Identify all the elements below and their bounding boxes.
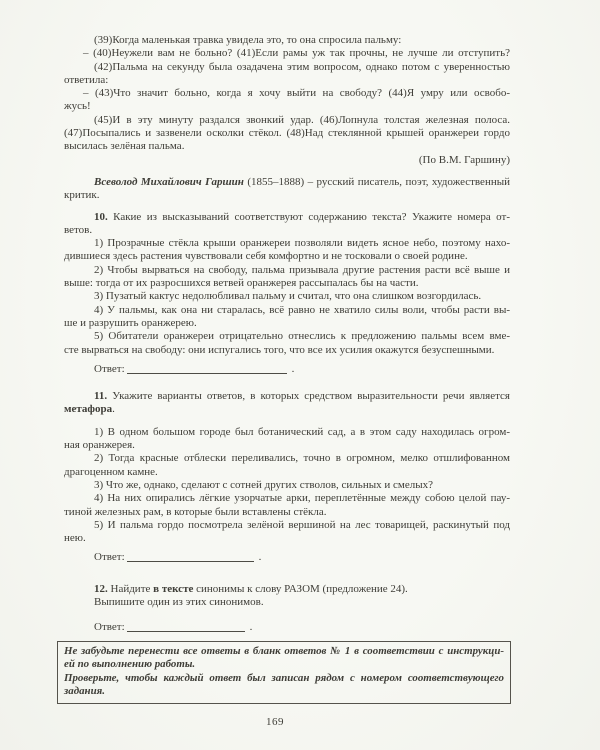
q11-answer-period: . [259, 551, 262, 563]
q12-bold-part: в тексте [153, 583, 193, 595]
question-10-prompt: 10. Какие из высказываний соответствуют … [64, 211, 510, 224]
q11-answer-blank [127, 553, 254, 562]
q10-option-3: 3) Пузатый кактус недолюбливал пальму и … [64, 290, 510, 303]
question-10-prompt: ветов. [64, 224, 510, 237]
author-name: Всеволод Михайлович Гаршин [94, 176, 244, 188]
q11-bold-term: метафора [64, 403, 112, 415]
q11-option-5: нею. [64, 532, 510, 545]
q10-option-4: 4) У пальмы, как она ни старалась, всё р… [64, 304, 510, 317]
question-11-prompt: метафора. [64, 403, 510, 416]
page-number: 169 [40, 716, 510, 729]
question-12-prompt: 12. Найдите в тексте синонимы к слову РА… [64, 583, 510, 596]
q10-answer-row: Ответ:. [64, 363, 510, 376]
q10-option-1: дившиеся здесь растения чувствовали себя… [64, 250, 510, 263]
question-12: 12. Найдите в тексте синонимы к слову РА… [64, 583, 510, 635]
passage-text: (39)Когда маленькая травка увидела это, … [64, 34, 510, 167]
author-bio-text: (1855–1888) – русский писатель, поэт, ху… [244, 176, 510, 188]
passage-line: (39)Когда маленькая травка увидела это, … [64, 34, 510, 47]
author-bio: Всеволод Михайлович Гаршин (1855–1888) –… [64, 176, 510, 203]
q11-option-2: 2) Тогда красные отблески переливались, … [64, 452, 510, 465]
q10-option-5: сте вырваться на свободу: они испугались… [64, 344, 510, 357]
q11-term-period: . [112, 403, 115, 415]
q11-answer-row: Ответ:. [64, 551, 510, 564]
q10-answer-label: Ответ: [94, 363, 125, 375]
passage-line: высилась зелёная пальма. [64, 140, 510, 153]
q11-option-4: 4) На них опирались лёгкие узорчатые арк… [64, 492, 510, 505]
q11-option-1: 1) В одном большом городе был ботаническ… [64, 426, 510, 439]
author-bio-line: Всеволод Михайлович Гаршин (1855–1888) –… [64, 176, 510, 189]
q11-option-3: 3) Что же, однако, сделают с сотней друг… [64, 479, 510, 492]
passage-line: (42)Пальма на секунду была озадачена эти… [64, 61, 510, 74]
notice-line: ей по выполнению работы. [64, 658, 504, 672]
notice-box: Не забудьте перенести все ответы в бланк… [57, 641, 511, 704]
q11-option-4: тиной железных рам, в которые были встав… [64, 506, 510, 519]
question-10-number: 10. [94, 211, 108, 223]
notice-line: Проверьте, чтобы каждый ответ был записа… [64, 672, 504, 686]
q12-answer-blank [127, 623, 245, 632]
q12-answer-row: Ответ:. [64, 621, 510, 634]
q12-prompt-part1: Найдите [108, 583, 153, 595]
q11-option-5: 5) И пальма гордо посмотрела зелёной вер… [64, 519, 510, 532]
q11-options: 1) В одном большом городе был ботаническ… [64, 426, 510, 546]
question-12-number: 12. [94, 583, 108, 595]
question-11-prompt: 11. Укажите варианты ответов, в которых … [64, 390, 510, 403]
q11-option-1: ная оранжерея. [64, 439, 510, 452]
q12-answer-period: . [250, 621, 253, 633]
q10-option-2: 2) Чтобы вырваться на свободу, пальма пр… [64, 264, 510, 277]
question-10: 10. Какие из высказываний соответствуют … [64, 211, 510, 377]
question-10-prompt-text: Какие из высказываний соответствуют соде… [108, 211, 510, 223]
question-11-number: 11. [94, 390, 107, 402]
passage-attribution: (По В.М. Гаршину) [64, 154, 510, 167]
passage-line: (45)И в эту минуту раздался звонкий удар… [64, 114, 510, 127]
scanned-exam-page: (39)Когда маленькая травка увидела это, … [0, 0, 600, 750]
q10-answer-blank [127, 365, 287, 374]
q11-answer-label: Ответ: [94, 551, 125, 563]
passage-line: – (40)Неужели вам не больно? (41)Если ра… [64, 47, 510, 60]
q10-answer-period: . [292, 363, 295, 375]
q12-prompt-part2: синонимы к слову РАЗОМ (предложение 24). [193, 583, 407, 595]
q11-option-2: драгоценном камне. [64, 466, 510, 479]
q10-option-5: 5) Обитатели оранжереи отрицательно отне… [64, 330, 510, 343]
passage-line: (47)Посыпались и зазвенели осколки стёко… [64, 127, 510, 140]
notice-line: задания. [64, 685, 504, 699]
q10-option-1: 1) Прозрачные стёкла крыши оранжереи поз… [64, 237, 510, 250]
q10-option-4: ше и разрушить оранжерею. [64, 317, 510, 330]
passage-line: жусь! [64, 100, 510, 113]
question-11: 11. Укажите варианты ответов, в которых … [64, 390, 510, 565]
author-bio-line: критик. [64, 189, 510, 202]
passage-line: ответила: [64, 74, 510, 87]
q12-answer-label: Ответ: [94, 621, 125, 633]
question-11-prompt-text: Укажите варианты ответов, в которых сред… [107, 390, 510, 402]
passage-line: – (43)Что значит больно, когда я хочу вы… [64, 87, 510, 100]
q10-option-2: выше: тогда от их разросшихся ветвей ора… [64, 277, 510, 290]
question-12-prompt: Выпишите один из этих синонимов. [64, 596, 510, 609]
notice-line: Не забудьте перенести все ответы в бланк… [64, 645, 504, 659]
